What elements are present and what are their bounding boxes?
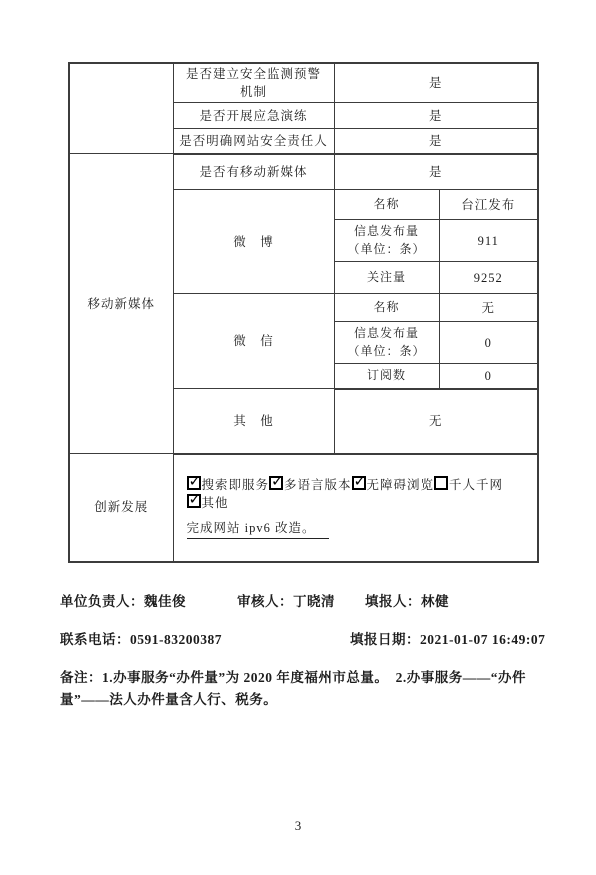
cell-security-monitor-label: 是否建立安全监测预警 机制: [173, 63, 334, 103]
cell-wechat-subs-value: 0: [439, 364, 538, 389]
cell-emergency-drill-value: 是: [334, 103, 538, 129]
checkbox-icon: [187, 494, 201, 508]
checkbox-accessibility: 无障碍浏览: [352, 478, 435, 492]
unit-head-label: 单位负责人：: [60, 594, 144, 609]
cell-emergency-drill-label: 是否开展应急演练: [173, 103, 334, 129]
cell-weibo-posts-key: 信息发布量 （单位：条）: [334, 220, 439, 262]
reviewer-label: 审核人：: [237, 594, 293, 609]
cell-wechat-name-value: 无: [439, 294, 538, 322]
cell-wechat-name-key: 名称: [334, 294, 439, 322]
cell-innovation-content: 搜索即服务多语言版本无障碍浏览千人千网其他 完成网站 ipv6 改造。: [173, 454, 538, 562]
cell-weibo-label: 微 博: [173, 190, 334, 294]
cell-other-media-value: 无: [334, 389, 538, 454]
page-number: 3: [0, 818, 596, 834]
checkbox-label: 无障碍浏览: [367, 478, 435, 492]
cell-wechat-posts-key: 信息发布量 （单位：条）: [334, 322, 439, 364]
checkbox-icon: [434, 476, 448, 490]
cell-security-monitor-value: 是: [334, 63, 538, 103]
unit-head-value: 魏佳俊: [144, 594, 186, 609]
cell-weibo-name-value: 台江发布: [439, 190, 538, 220]
checkbox-label: 多语言版本: [284, 478, 352, 492]
remarks-paragraph: 备注：1.办事服务“办件量”为 2020 年度福州市总量。 2.办事服务——“办…: [60, 667, 552, 710]
cell-wechat-subs-key: 订阅数: [334, 364, 439, 389]
reviewer-value: 丁晓清: [293, 594, 335, 609]
checkbox-label: 搜索即服务: [202, 478, 270, 492]
innovation-note-underlined: 完成网站 ipv6 改造。: [187, 519, 330, 539]
cell-other-media-label: 其 他: [173, 389, 334, 454]
phone-field: 联系电话：0591-83200387: [60, 628, 222, 648]
cell-weibo-posts-value: 911: [439, 220, 538, 262]
cell-wechat-posts-value: 0: [439, 322, 538, 364]
reviewer-field: 审核人：丁晓清: [237, 590, 335, 610]
checkbox-icon: [269, 476, 283, 490]
cell-has-mobile-value: 是: [334, 154, 538, 190]
unit-head-field: 单位负责人：魏佳俊: [60, 590, 186, 610]
cell-weibo-name-key: 名称: [334, 190, 439, 220]
checkbox-qianren-qianwang: 千人千网: [434, 478, 503, 492]
phone-value: 0591-83200387: [130, 632, 222, 647]
group-cell-innovation: 创新发展: [69, 454, 173, 562]
cell-wechat-label: 微 信: [173, 294, 334, 389]
report-table: 是否建立安全监测预警 机制 是 是否开展应急演练 是 是否明确网站安全责任人 是…: [68, 62, 539, 563]
phone-label: 联系电话：: [60, 632, 130, 647]
group-cell-mobile-media: 移动新媒体: [69, 154, 173, 454]
checkbox-label: 千人千网: [449, 478, 503, 492]
checkbox-multilingual: 多语言版本: [269, 478, 352, 492]
cell-security-responsible-value: 是: [334, 129, 538, 154]
innovation-options-line: 搜索即服务多语言版本无障碍浏览千人千网其他: [187, 476, 534, 512]
cell-weibo-followers-value: 9252: [439, 262, 538, 294]
checkbox-icon: [352, 476, 366, 490]
checkbox-other: 其他: [187, 496, 229, 510]
document-page: { "table": { "security_rows": [ { "label…: [0, 0, 596, 875]
report-date-value: 2021-01-07 16:49:07: [420, 632, 545, 647]
filler-label: 填报人：: [365, 594, 421, 609]
report-date-label: 填报日期：: [350, 632, 420, 647]
checkbox-icon: [187, 476, 201, 490]
group-cell-empty: [69, 63, 173, 154]
cell-security-responsible-label: 是否明确网站安全责任人: [173, 129, 334, 154]
cell-weibo-followers-key: 关注量: [334, 262, 439, 294]
filler-value: 林健: [421, 594, 449, 609]
report-date-field: 填报日期：2021-01-07 16:49:07: [350, 628, 545, 648]
cell-has-mobile-label: 是否有移动新媒体: [173, 154, 334, 190]
checkbox-label: 其他: [202, 496, 229, 510]
filler-field: 填报人：林健: [365, 590, 449, 610]
